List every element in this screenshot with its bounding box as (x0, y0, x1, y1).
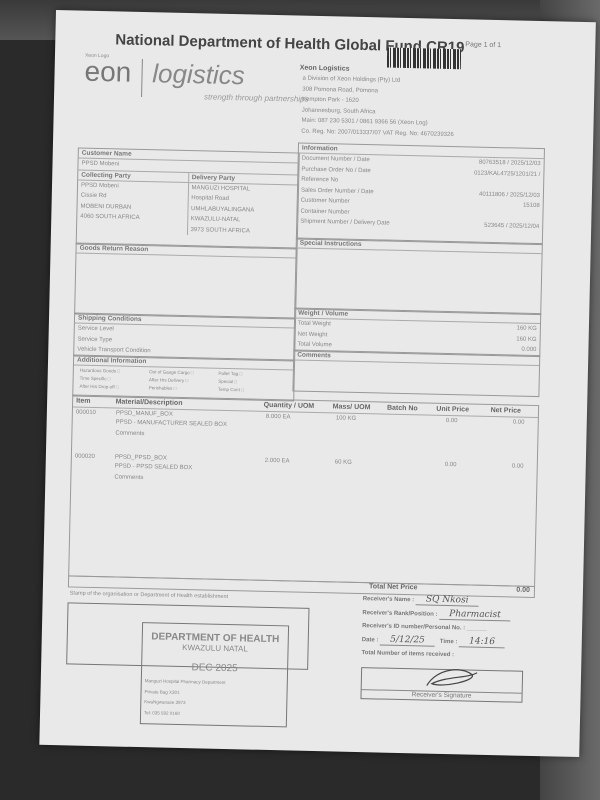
comments-box: Comments (292, 349, 540, 397)
table-row: 000020PPSD_PPSD_BOXPPSD - PPSD SEALED BO… (71, 451, 537, 506)
goods-return-box: Goods Return Reason (74, 243, 298, 320)
logo-eon: eon (84, 56, 131, 88)
logo-logistics: logistics (152, 58, 245, 90)
customer-box: Customer Name PPSD Mobeni Collecting Par… (76, 148, 300, 250)
delivery-party: Delivery Party MANGUZI HOSPITALHospital … (186, 173, 298, 238)
items-table: ItemMaterial/DescriptionQuantity / UOMMa… (68, 394, 539, 587)
column-header: Quantity / UOM (264, 402, 333, 411)
column-header: Batch No (387, 405, 437, 413)
column-header: Item (76, 398, 116, 406)
company-line: Co. Reg. No: 2007/013337/07 VAT Reg. No:… (298, 126, 457, 140)
shipping-conditions-box: Shipping Conditions Service LevelService… (73, 312, 296, 361)
stamp-address-line: Tel: 035 592 0160 (141, 708, 286, 722)
receiver-section: Receiver's Name : SQ Nkosi Receiver's Ra… (361, 592, 511, 663)
department-stamp: DEPARTMENT OF HEALTH KWAZULU NATAL DEC 2… (140, 622, 289, 727)
column-header: Mass/ UOM (333, 403, 387, 411)
collecting-party: Collecting Party PPSD MobeniCissie RdMOB… (77, 170, 188, 235)
logo-tagline: strength through partnerships (204, 92, 309, 103)
information-box: Information Document Number / Date807635… (296, 143, 545, 246)
receiver-date: 5/12/25 (380, 635, 435, 647)
additional-option-checkbox: After Hrs Drop-off □ (79, 383, 148, 393)
stamp-label: Stamp of the organisation or Department … (70, 590, 228, 600)
column-header: Net Price (491, 407, 536, 415)
additional-option-checkbox: Perishables □ (149, 384, 218, 394)
additional-option-checkbox: Temp Cont □ (218, 386, 288, 396)
special-instructions-box: Special Instructions (294, 238, 543, 316)
column-header: Unit Price (436, 406, 490, 414)
delivery-note-document: National Department of Health Global Fun… (39, 10, 596, 757)
receiver-rank: Pharmacist (439, 609, 511, 622)
delivery-line: 3973 SOUTH AFRICA (187, 225, 297, 238)
receiver-name: SQ Nkosi (416, 594, 479, 606)
receiver-time: 14:16 (459, 636, 505, 648)
signature-scribble (422, 665, 483, 690)
collecting-line: 4060 SOUTH AFRICA (77, 212, 187, 225)
signature-box: Receiver's Signature (360, 667, 523, 703)
company-address: Xeon Logistics a Division of Xeon Holdin… (298, 64, 458, 141)
page-number: Page 1 of 1 (465, 41, 501, 49)
column-header: Material/Description (116, 398, 264, 408)
xeon-logo: eonlogistics strength through partnershi… (84, 56, 245, 99)
